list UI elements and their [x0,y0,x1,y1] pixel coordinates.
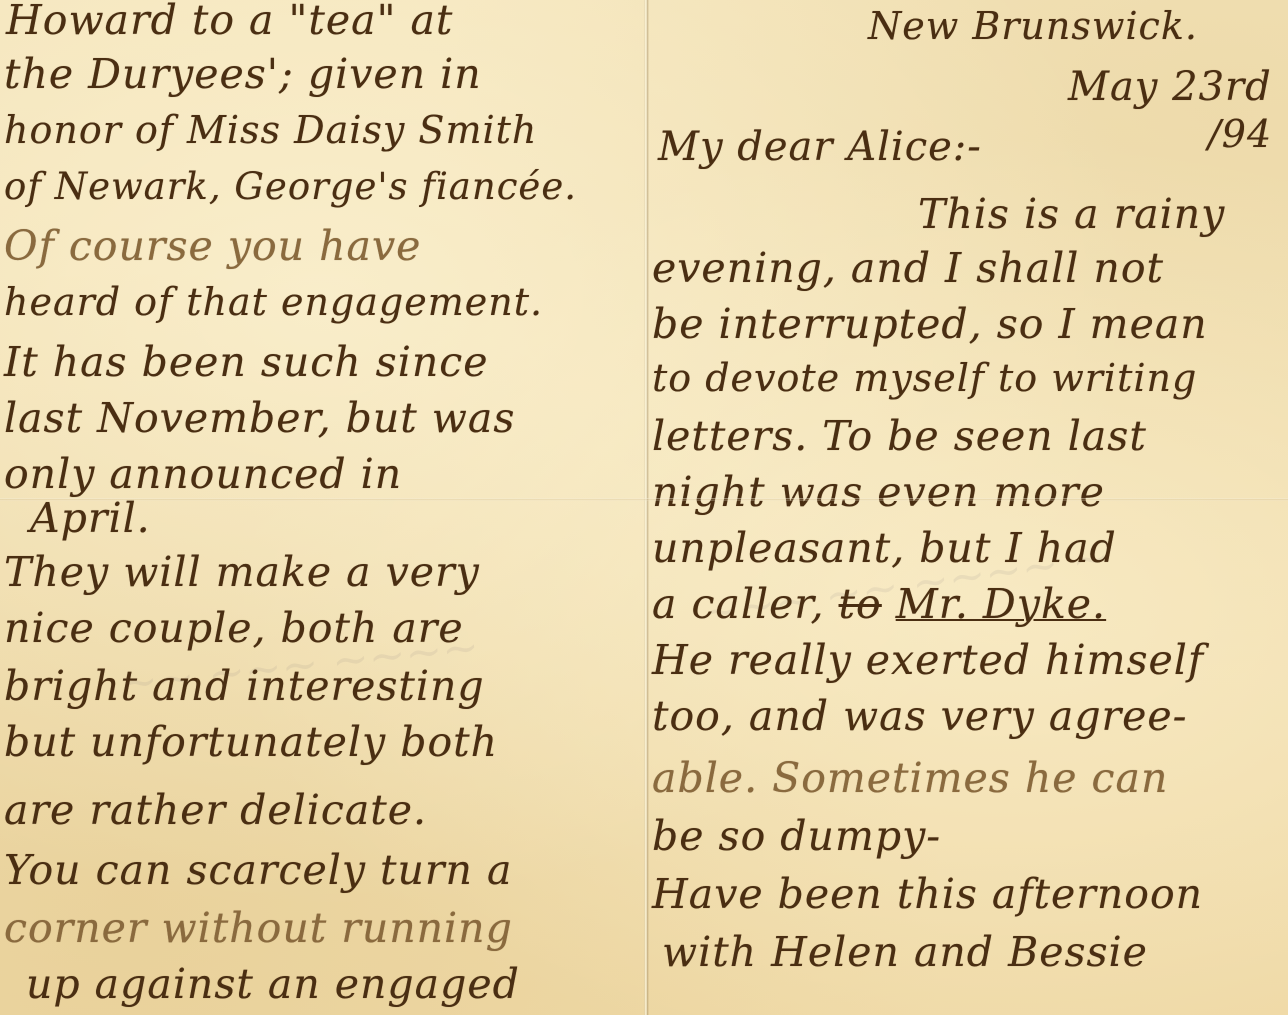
left-line-9: only announced in [4,450,402,498]
left-line-3: honor of Miss Daisy Smith [4,108,537,152]
letter-place: New Brunswick. [868,4,1198,48]
left-line-2: the Duryees'; given in [4,50,482,98]
caller-name: Mr. Dyke. [896,580,1106,628]
left-line-13: bright and interesting [4,662,485,710]
right-line-13: Have been this afternoon [652,870,1203,918]
right-line-8: a caller, to Mr. Dyke. [652,580,1106,628]
caller-text: a caller, [652,580,839,628]
left-line-17: corner without running [4,904,513,952]
left-line-8: last November, but was [4,394,515,442]
letter-year: /94 [1208,112,1272,156]
right-line-6: night was even more [652,468,1105,516]
letter-salutation: My dear Alice:- [658,124,982,170]
left-line-14: but unfortunately both [4,718,498,766]
right-line-12: be so dumpy- [652,812,941,860]
right-line-7: unpleasant, but I had [652,524,1117,572]
left-line-5: Of course you have [4,222,421,270]
left-line-11: They will make a very [4,548,480,596]
horizontal-crease [0,498,1288,501]
struck-word: to [839,580,882,628]
right-line-9: He really exerted himself [652,636,1204,684]
left-line-10: April. [30,494,151,542]
left-line-15: are rather delicate. [4,786,427,834]
right-line-1: This is a rainy [918,190,1225,238]
right-line-5: letters. To be seen last [652,412,1147,460]
right-line-14: with Helen and Bessie [662,928,1148,976]
right-line-11: able. Sometimes he can [652,754,1168,802]
right-line-2: evening, and I shall not [652,244,1164,292]
left-line-12: nice couple, both are [4,604,464,652]
left-line-1: Howard to a "tea" at [6,0,453,44]
left-line-4: of Newark, George's fiancée. [4,165,577,208]
left-line-16: You can scarcely turn a [4,846,512,894]
left-line-7: It has been such since [4,338,488,386]
letter-date: May 23rd [1068,64,1272,110]
right-line-3: be interrupted, so I mean [652,300,1208,348]
left-line-6: heard of that engagement. [4,280,543,324]
right-line-4: to devote myself to writing [652,356,1197,400]
left-line-18: up against an engaged [26,960,520,1008]
page-fold [644,0,649,1015]
right-page: New Brunswick. May 23rd /94 My dear Alic… [648,0,1288,1015]
right-line-10: too, and was very agree- [652,692,1188,740]
left-page: Howard to a "tea" at the Duryees'; given… [0,0,646,1015]
letter-sheet: ~~~ ~~ ~~~~ ~ ~~ ~~~ ~~~~ Howard to a "t… [0,0,1288,1015]
